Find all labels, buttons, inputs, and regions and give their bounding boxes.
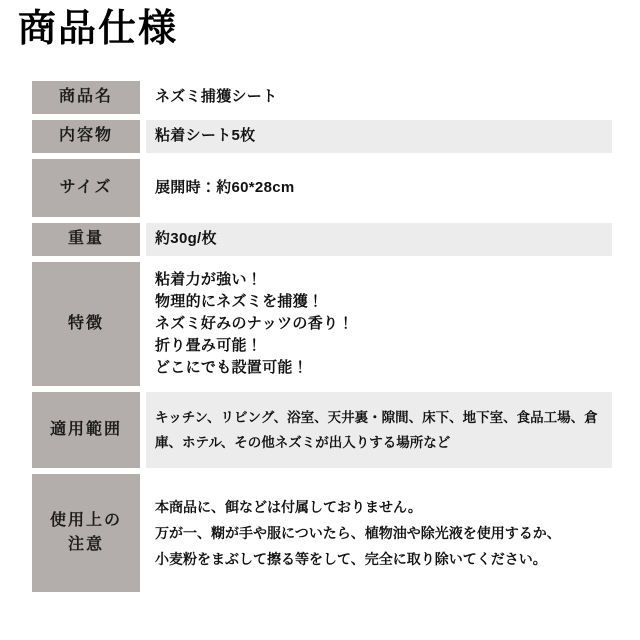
spec-row-features: 特徴 粘着力が強い！ 物理的にネズミを捕獲！ ネズミ好みのナッツの香り！ 折り畳… — [32, 262, 612, 386]
spec-value: 粘着力が強い！ 物理的にネズミを捕獲！ ネズミ好みのナッツの香り！ 折り畳み可能… — [146, 262, 612, 386]
spec-value: 展開時：約60*28cm — [146, 159, 612, 217]
spec-value: 約30g/枚 — [146, 223, 612, 256]
product-spec-page: 商品仕様 商品名 ネズミ捕獲シート 内容物 粘着シート5枚 サイズ 展開時：約6… — [0, 6, 640, 640]
spec-value: ネズミ捕獲シート — [146, 81, 612, 114]
spec-value: 粘着シート5枚 — [146, 120, 612, 153]
spec-value: 本商品に、餌などは付属しておりません。 万が一、糊が手や服についたら、植物油や除… — [146, 474, 612, 592]
spec-label: 重量 — [32, 223, 140, 256]
page-title: 商品仕様 — [18, 6, 640, 54]
spec-label: 適用範囲 — [32, 392, 140, 468]
spec-label: 使用上の 注意 — [32, 474, 140, 592]
spec-table: 商品名 ネズミ捕獲シート 内容物 粘着シート5枚 サイズ 展開時：約60*28c… — [32, 81, 612, 598]
spec-row-product-name: 商品名 ネズミ捕獲シート — [32, 81, 612, 114]
spec-row-contents: 内容物 粘着シート5枚 — [32, 120, 612, 153]
spec-row-weight: 重量 約30g/枚 — [32, 223, 612, 256]
spec-row-usage-precautions: 使用上の 注意 本商品に、餌などは付属しておりません。 万が一、糊が手や服につい… — [32, 474, 612, 592]
spec-label: 特徴 — [32, 262, 140, 386]
spec-row-applicable-range: 適用範囲 キッチン、リビング、浴室、天井裏・隙間、床下、地下室、食品工場、倉庫、… — [32, 392, 612, 468]
spec-value: キッチン、リビング、浴室、天井裏・隙間、床下、地下室、食品工場、倉庫、ホテル、そ… — [146, 392, 612, 468]
spec-row-size: サイズ 展開時：約60*28cm — [32, 159, 612, 217]
spec-label: 内容物 — [32, 120, 140, 153]
spec-label: 商品名 — [32, 81, 140, 114]
spec-label: サイズ — [32, 159, 140, 217]
